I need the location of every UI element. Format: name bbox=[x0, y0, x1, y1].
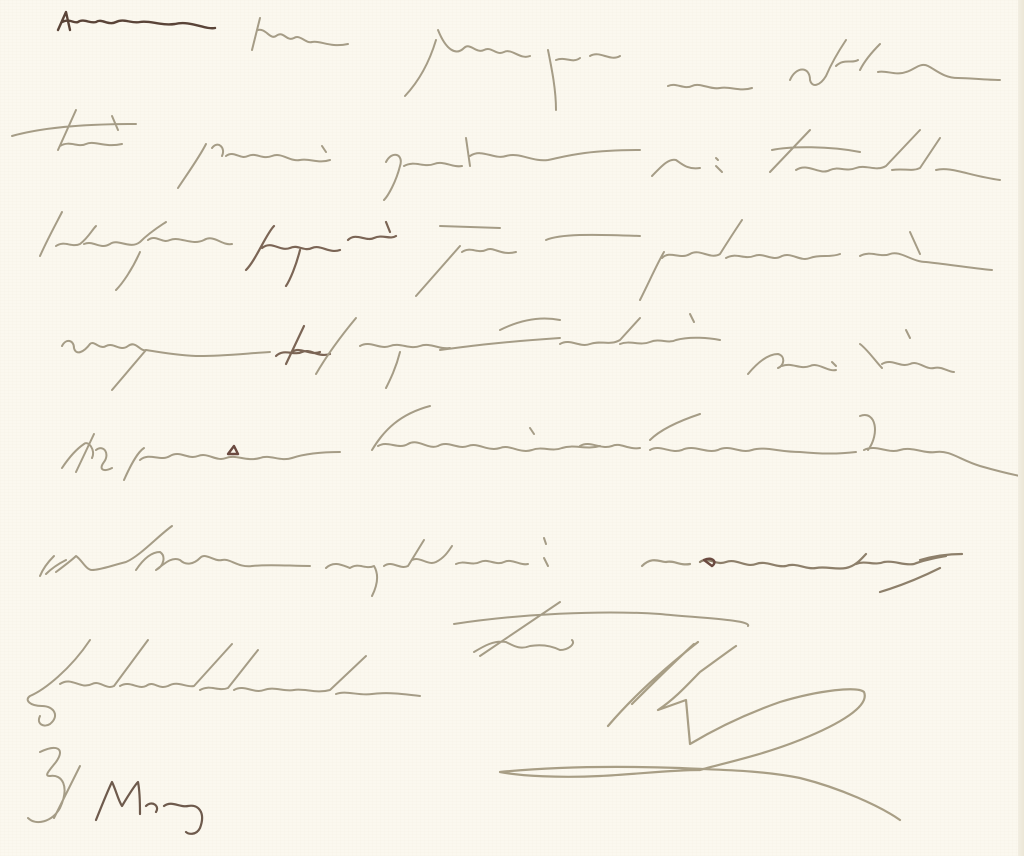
letter-line-6: un baiser au petit roi il commence à ten… bbox=[40, 540, 630, 570]
letter-signature: N bbox=[640, 690, 683, 746]
letter-line-2: toi je crains que tu n'aies été trop aff… bbox=[14, 128, 619, 158]
letter-line-5: si précieuse l'armée et la France donnen… bbox=[60, 432, 650, 462]
paper-edge bbox=[1018, 0, 1024, 856]
letter-transcription: Ma bonne Louise je n'ai pas reçu de lett… bbox=[0, 0, 1024, 856]
letter-line-3: de la perte de Paris je te prie d'avoir … bbox=[40, 224, 605, 254]
letter-page: Ma bonne Louise je n'ai pas reçu de lett… bbox=[0, 0, 1024, 856]
letter-date: 31 Mars bbox=[30, 770, 146, 800]
letter-line-1: Ma bonne Louise je n'ai pas reçu de lett… bbox=[56, 14, 698, 44]
letter-line-4: courage et de soigner ta santé qui m'est bbox=[60, 330, 631, 360]
letter-line-7: toujours elle tout bbox=[26, 666, 270, 696]
letter-closing: Ton fidèle bbox=[460, 614, 600, 644]
